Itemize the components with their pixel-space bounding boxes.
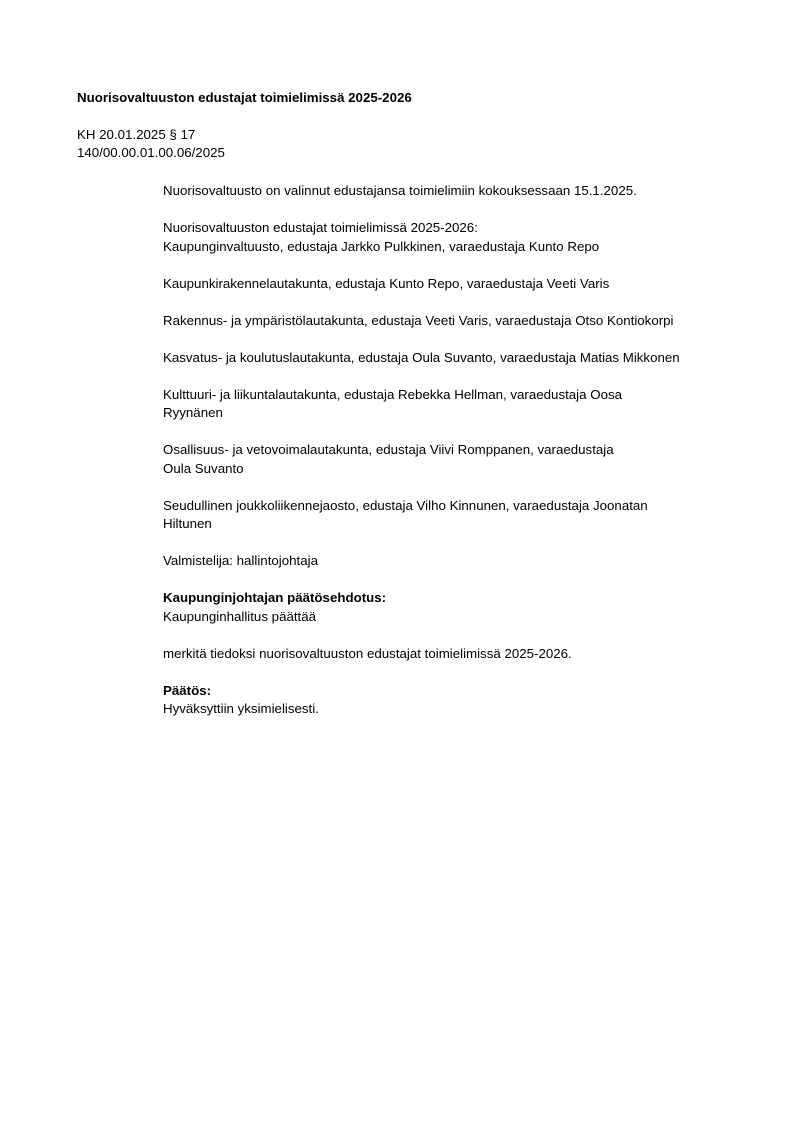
proposal-text: merkitä tiedoksi nuorisovaltuuston edust… — [163, 645, 743, 664]
representative-entry: Kaupunginvaltuusto, edustaja Jarkko Pulk… — [163, 238, 743, 257]
document-meta: KH 20.01.2025 § 17 140/00.00.01.00.06/20… — [77, 126, 225, 162]
representative-entry-block: Rakennus- ja ympäristölautakunta, edusta… — [163, 312, 743, 331]
intro-text: Nuorisovaltuusto on valinnut edustajansa… — [163, 182, 743, 201]
representative-entry-block: Osallisuus- ja vetovoimalautakunta, edus… — [163, 441, 743, 478]
intro-paragraph: Nuorisovaltuusto on valinnut edustajansa… — [163, 182, 743, 201]
representatives-heading-block: Nuorisovaltuuston edustajat toimielimiss… — [163, 219, 743, 256]
representative-entry-block: Kulttuuri- ja liikuntalautakunta, edusta… — [163, 386, 743, 423]
representative-entry-continued: Oula Suvanto — [163, 460, 743, 479]
decision-text: Hyväksyttiin yksimielisesti. — [163, 700, 743, 719]
meeting-reference: KH 20.01.2025 § 17 — [77, 126, 225, 144]
representative-entry-block: Kaupunkirakennelautakunta, edustaja Kunt… — [163, 275, 743, 294]
preparer-text: Valmistelija: hallintojohtaja — [163, 552, 743, 571]
proposal-text-block: merkitä tiedoksi nuorisovaltuuston edust… — [163, 645, 743, 664]
decision-block: Päätös: Hyväksyttiin yksimielisesti. — [163, 682, 743, 719]
representative-entry-block: Seudullinen joukkoliikennejaosto, edusta… — [163, 497, 743, 534]
representative-entry: Rakennus- ja ympäristölautakunta, edusta… — [163, 312, 743, 331]
proposal-intro: Kaupunginhallitus päättää — [163, 608, 743, 627]
preparer-block: Valmistelija: hallintojohtaja — [163, 552, 743, 571]
representatives-heading: Nuorisovaltuuston edustajat toimielimiss… — [163, 219, 743, 238]
representative-entry: Seudullinen joukkoliikennejaosto, edusta… — [163, 497, 743, 516]
representative-entry-continued: Hiltunen — [163, 515, 743, 534]
representative-entry-block: Kasvatus- ja koulutuslautakunta, edustaj… — [163, 349, 743, 368]
document-body: Nuorisovaltuusto on valinnut edustajansa… — [163, 182, 743, 737]
representative-entry-continued: Ryynänen — [163, 404, 743, 423]
representative-entry: Kaupunkirakennelautakunta, edustaja Kunt… — [163, 275, 743, 294]
document-title: Nuorisovaltuuston edustajat toimielimiss… — [77, 89, 412, 107]
decision-heading: Päätös: — [163, 682, 743, 701]
proposal-heading: Kaupunginjohtajan päätösehdotus: — [163, 589, 743, 608]
representative-entry: Kasvatus- ja koulutuslautakunta, edustaj… — [163, 349, 743, 368]
representative-entry: Kulttuuri- ja liikuntalautakunta, edusta… — [163, 386, 743, 405]
document-page: Nuorisovaltuuston edustajat toimielimiss… — [0, 0, 794, 1122]
representative-entry: Osallisuus- ja vetovoimalautakunta, edus… — [163, 441, 743, 460]
proposal-block: Kaupunginjohtajan päätösehdotus: Kaupung… — [163, 589, 743, 626]
record-id: 140/00.00.01.00.06/2025 — [77, 144, 225, 162]
